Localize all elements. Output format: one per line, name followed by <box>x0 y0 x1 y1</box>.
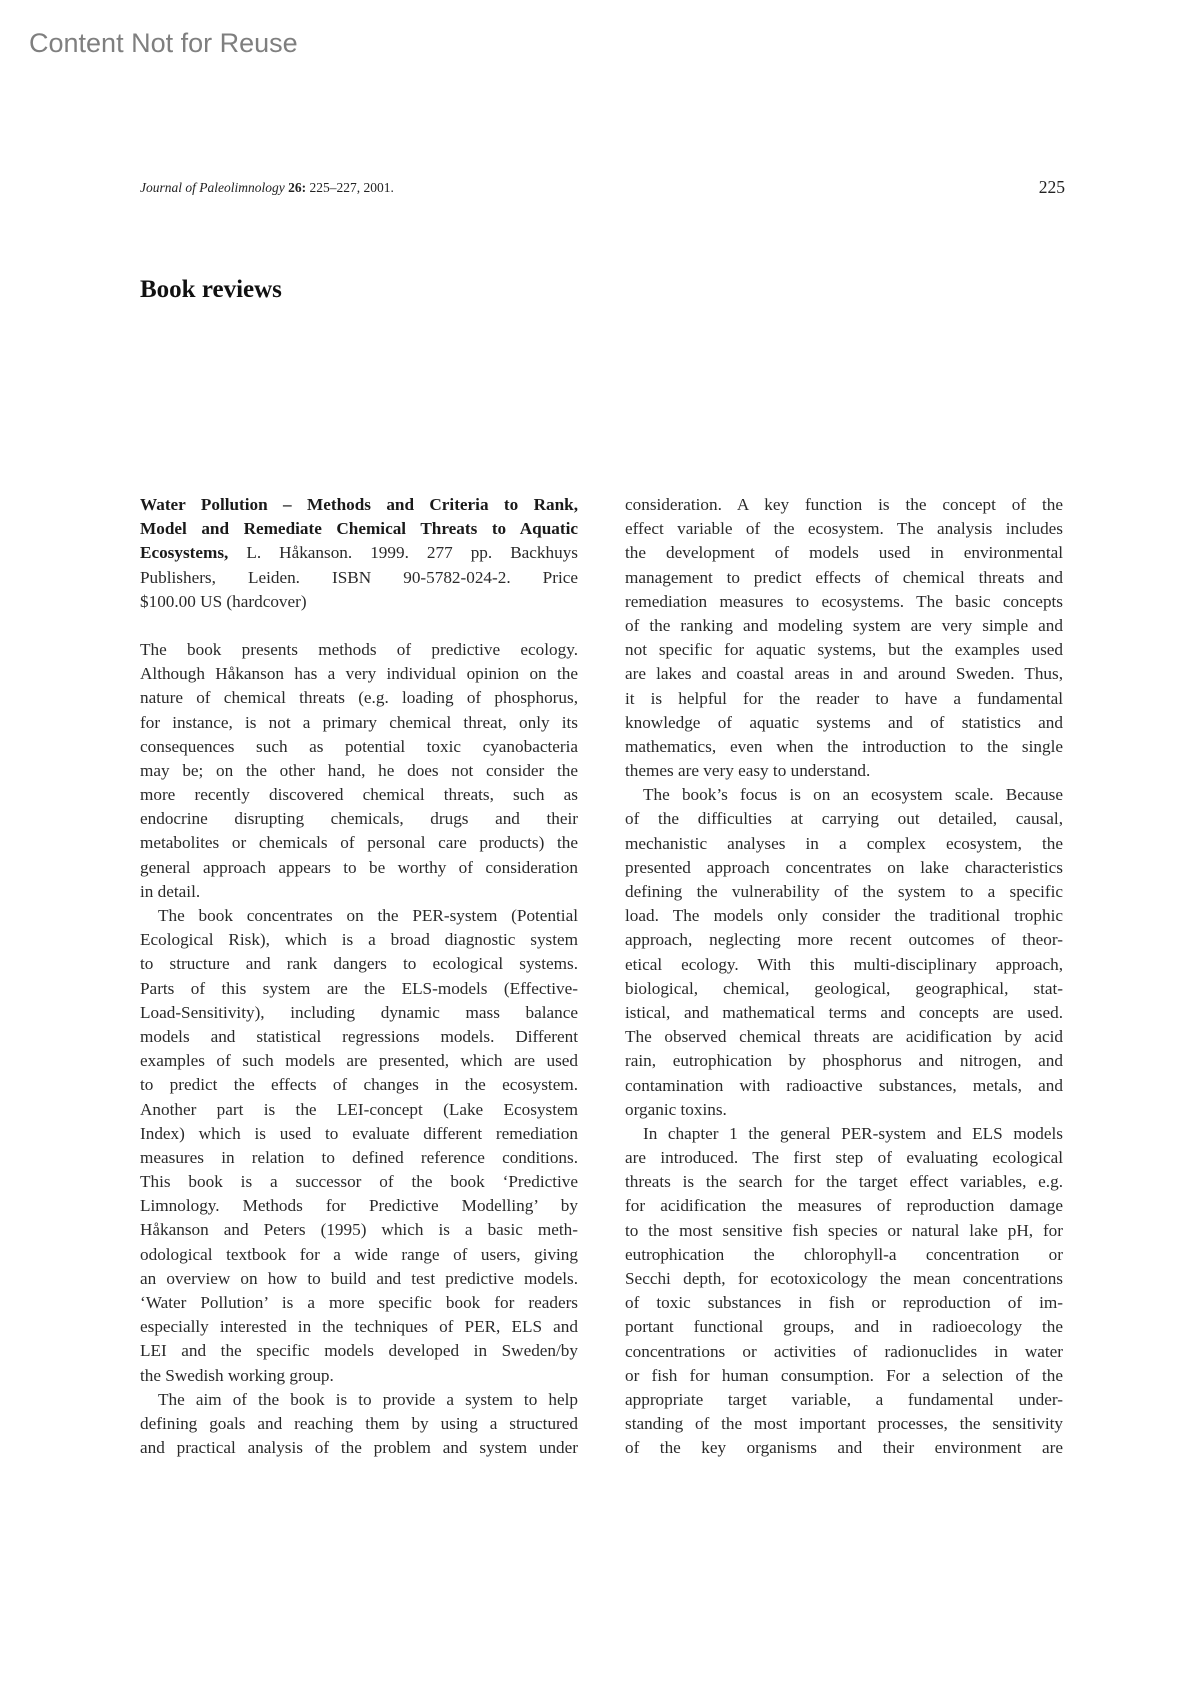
book-title: Model and Remediate Chemical Threats to … <box>140 519 578 538</box>
book-citation: Water Pollution – Methods and Criteria t… <box>140 493 578 614</box>
text-line: metabolites or chemicals of personal car… <box>140 831 578 855</box>
text-line: the Swedish working group. <box>140 1364 578 1388</box>
text-line: for instance, is not a primary chemical … <box>140 711 578 735</box>
text-line: In chapter 1 the general PER-system and … <box>625 1122 1063 1146</box>
text-line: Index) which is used to evaluate differe… <box>140 1122 578 1146</box>
text-line: Another part is the LEI-concept (Lake Ec… <box>140 1098 578 1122</box>
left-body-text: The book presents methods of predictive … <box>140 638 578 1460</box>
text-line: load. The models only consider the tradi… <box>625 904 1063 928</box>
text-line: are introduced. The first step of evalua… <box>625 1146 1063 1170</box>
text-line: consideration. A key function is the con… <box>625 493 1063 517</box>
text-line: measures in relation to defined referenc… <box>140 1146 578 1170</box>
text-line: The book concentrates on the PER-system … <box>140 904 578 928</box>
text-line: it is helpful for the reader to have a f… <box>625 687 1063 711</box>
journal-pages-year: 225–227, 2001. <box>306 180 394 195</box>
text-line: approach, neglecting more recent outcome… <box>625 928 1063 952</box>
text-line: presented approach concentrates on lake … <box>625 856 1063 880</box>
journal-volume: 26: <box>288 180 306 195</box>
citation-line: Publishers, Leiden. ISBN 90-5782-024-2. … <box>140 566 578 590</box>
text-line: general approach appears to be worthy of… <box>140 856 578 880</box>
text-line: more recently discovered chemical threat… <box>140 783 578 807</box>
text-line: Limnology. Methods for Predictive Modell… <box>140 1194 578 1218</box>
text-line: consequences such as potential toxic cya… <box>140 735 578 759</box>
text-line: standing of the most important processes… <box>625 1412 1063 1436</box>
text-line: defining goals and reaching them by usin… <box>140 1412 578 1436</box>
text-line: of the ranking and modeling system are v… <box>625 614 1063 638</box>
text-line: and practical analysis of the problem an… <box>140 1436 578 1460</box>
text-line: mechanistic analyses in a complex ecosys… <box>625 832 1063 856</box>
text-line: examples of such models are presented, w… <box>140 1049 578 1073</box>
text-line: are lakes and coastal areas in and aroun… <box>625 662 1063 686</box>
citation-line: $100.00 US (hardcover) <box>140 590 578 614</box>
text-line: remediation measures to ecosystems. The … <box>625 590 1063 614</box>
text-line: effect variable of the ecosystem. The an… <box>625 517 1063 541</box>
page-number: 225 <box>1039 177 1065 198</box>
text-line: contamination with radioactive substance… <box>625 1074 1063 1098</box>
text-line: to predict the effects of changes in the… <box>140 1073 578 1097</box>
text-line: The book presents methods of predictive … <box>140 638 578 662</box>
text-line: appropriate target variable, a fundament… <box>625 1388 1063 1412</box>
text-line: ‘Water Pollution’ is a more specific boo… <box>140 1291 578 1315</box>
text-line: an overview on how to build and test pre… <box>140 1267 578 1291</box>
right-body-text: consideration. A key function is the con… <box>625 493 1063 1461</box>
text-line: of the difficulties at carrying out deta… <box>625 807 1063 831</box>
text-line: the development of models used in enviro… <box>625 541 1063 565</box>
text-line: The observed chemical threats are acidif… <box>625 1025 1063 1049</box>
text-line: in detail. <box>140 880 578 904</box>
text-line: of the key organisms and their environme… <box>625 1436 1063 1460</box>
text-line: The book’s focus is on an ecosystem scal… <box>625 783 1063 807</box>
text-line: odological textbook for a wide range of … <box>140 1243 578 1267</box>
text-line: nature of chemical threats (e.g. loading… <box>140 686 578 710</box>
section-title: Book reviews <box>140 276 282 304</box>
text-line: to structure and rank dangers to ecologi… <box>140 952 578 976</box>
text-line: Håkanson and Peters (1995) which is a ba… <box>140 1218 578 1242</box>
text-line: eutrophication the chlorophyll-a concent… <box>625 1243 1063 1267</box>
citation-line: Ecosystems, L. Håkanson. 1999. 277 pp. B… <box>140 541 578 565</box>
text-line: models and statistical regressions model… <box>140 1025 578 1049</box>
text-line: may be; on the other hand, he does not c… <box>140 759 578 783</box>
text-line: for acidification the measures of reprod… <box>625 1194 1063 1218</box>
book-title: Ecosystems, <box>140 543 228 562</box>
text-line: istical, and mathematical terms and conc… <box>625 1001 1063 1025</box>
text-line: Ecological Risk), which is a broad diagn… <box>140 928 578 952</box>
citation-line: Water Pollution – Methods and Criteria t… <box>140 493 578 517</box>
book-author-year: L. Håkanson. 1999. 277 pp. Backhuys <box>228 543 578 562</box>
running-head: Journal of Paleolimnology 26: 225–227, 2… <box>140 180 1065 196</box>
text-line: etical ecology. With this multi-discipli… <box>625 953 1063 977</box>
text-line: LEI and the specific models developed in… <box>140 1339 578 1363</box>
text-line: The aim of the book is to provide a syst… <box>140 1388 578 1412</box>
watermark: Content Not for Reuse <box>29 28 298 59</box>
text-line: This book is a successor of the book ‘Pr… <box>140 1170 578 1194</box>
text-line: biological, chemical, geological, geogra… <box>625 977 1063 1001</box>
text-line: Although Håkanson has a very individual … <box>140 662 578 686</box>
text-line: management to predict effects of chemica… <box>625 566 1063 590</box>
journal-name: Journal of Paleolimnology <box>140 180 285 195</box>
text-line: defining the vulnerability of the system… <box>625 880 1063 904</box>
right-column: consideration. A key function is the con… <box>625 493 1063 1461</box>
text-line: rain, eutrophication by phosphorus and n… <box>625 1049 1063 1073</box>
text-line: Secchi depth, for ecotoxicology the mean… <box>625 1267 1063 1291</box>
text-line: to the most sensitive fish species or na… <box>625 1219 1063 1243</box>
text-line: especially interested in the techniques … <box>140 1315 578 1339</box>
left-column: Water Pollution – Methods and Criteria t… <box>140 493 578 1460</box>
text-line: mathematics, even when the introduction … <box>625 735 1063 759</box>
text-line: knowledge of aquatic systems and of stat… <box>625 711 1063 735</box>
book-title: Water Pollution – Methods and Criteria t… <box>140 495 578 514</box>
text-line: or fish for human consumption. For a sel… <box>625 1364 1063 1388</box>
text-line: Load-Sensitivity), including dynamic mas… <box>140 1001 578 1025</box>
text-line: threats is the search for the target eff… <box>625 1170 1063 1194</box>
text-line: themes are very easy to understand. <box>625 759 1063 783</box>
text-line: endocrine disrupting chemicals, drugs an… <box>140 807 578 831</box>
text-line: portant functional groups, and in radioe… <box>625 1315 1063 1339</box>
text-line: of toxic substances in fish or reproduct… <box>625 1291 1063 1315</box>
text-line: concentrations or activities of radionuc… <box>625 1340 1063 1364</box>
citation-line: Model and Remediate Chemical Threats to … <box>140 517 578 541</box>
text-line: organic toxins. <box>625 1098 1063 1122</box>
text-line: not specific for aquatic systems, but th… <box>625 638 1063 662</box>
text-line: Parts of this system are the ELS-models … <box>140 977 578 1001</box>
